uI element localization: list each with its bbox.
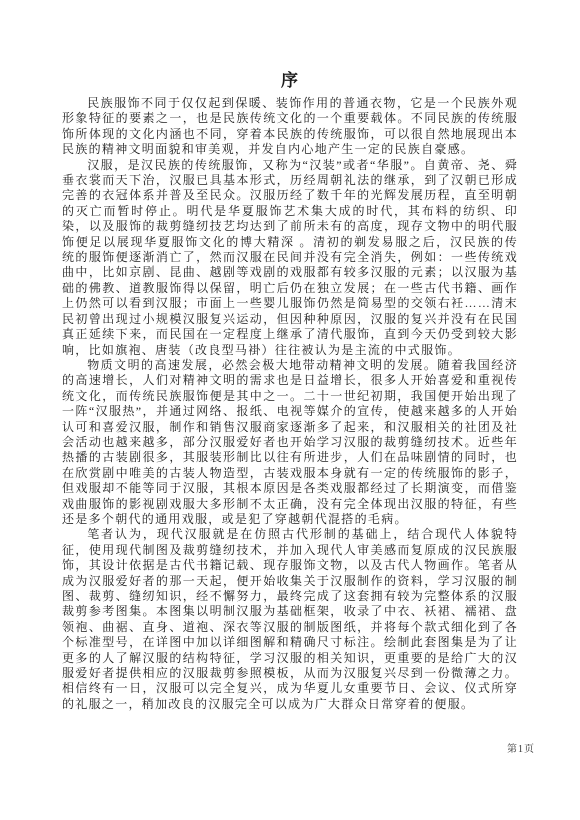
preface-body: 民族服饰不同于仅仅起到保暖、装饰作用的普通衣物，它是一个民族外观形象特征的要素之… <box>62 96 518 712</box>
document-page: 序 民族服饰不同于仅仅起到保暖、装饰作用的普通衣物，它是一个民族外观形象特征的要… <box>0 0 580 820</box>
preface-paragraph-4: 笔者认为，现代汉服就是在仿照古代形制的基础上，结合现代人体貌特征，使用现代制图及… <box>62 527 518 712</box>
preface-paragraph-3: 物质文明的高速发展，必然会极大地带动精神文明的发展。随着我国经济的高速增长，人们… <box>62 358 518 527</box>
preface-paragraph-2: 汉服，是汉民族的传统服饰，又称为“汉装”或者“华服”。自黄帝、尧、舜垂衣裳而天下… <box>62 158 518 358</box>
page-title: 序 <box>0 66 580 91</box>
page-number: 第1页 <box>507 740 535 755</box>
preface-paragraph-1: 民族服饰不同于仅仅起到保暖、装饰作用的普通衣物，它是一个民族外观形象特征的要素之… <box>62 96 518 158</box>
